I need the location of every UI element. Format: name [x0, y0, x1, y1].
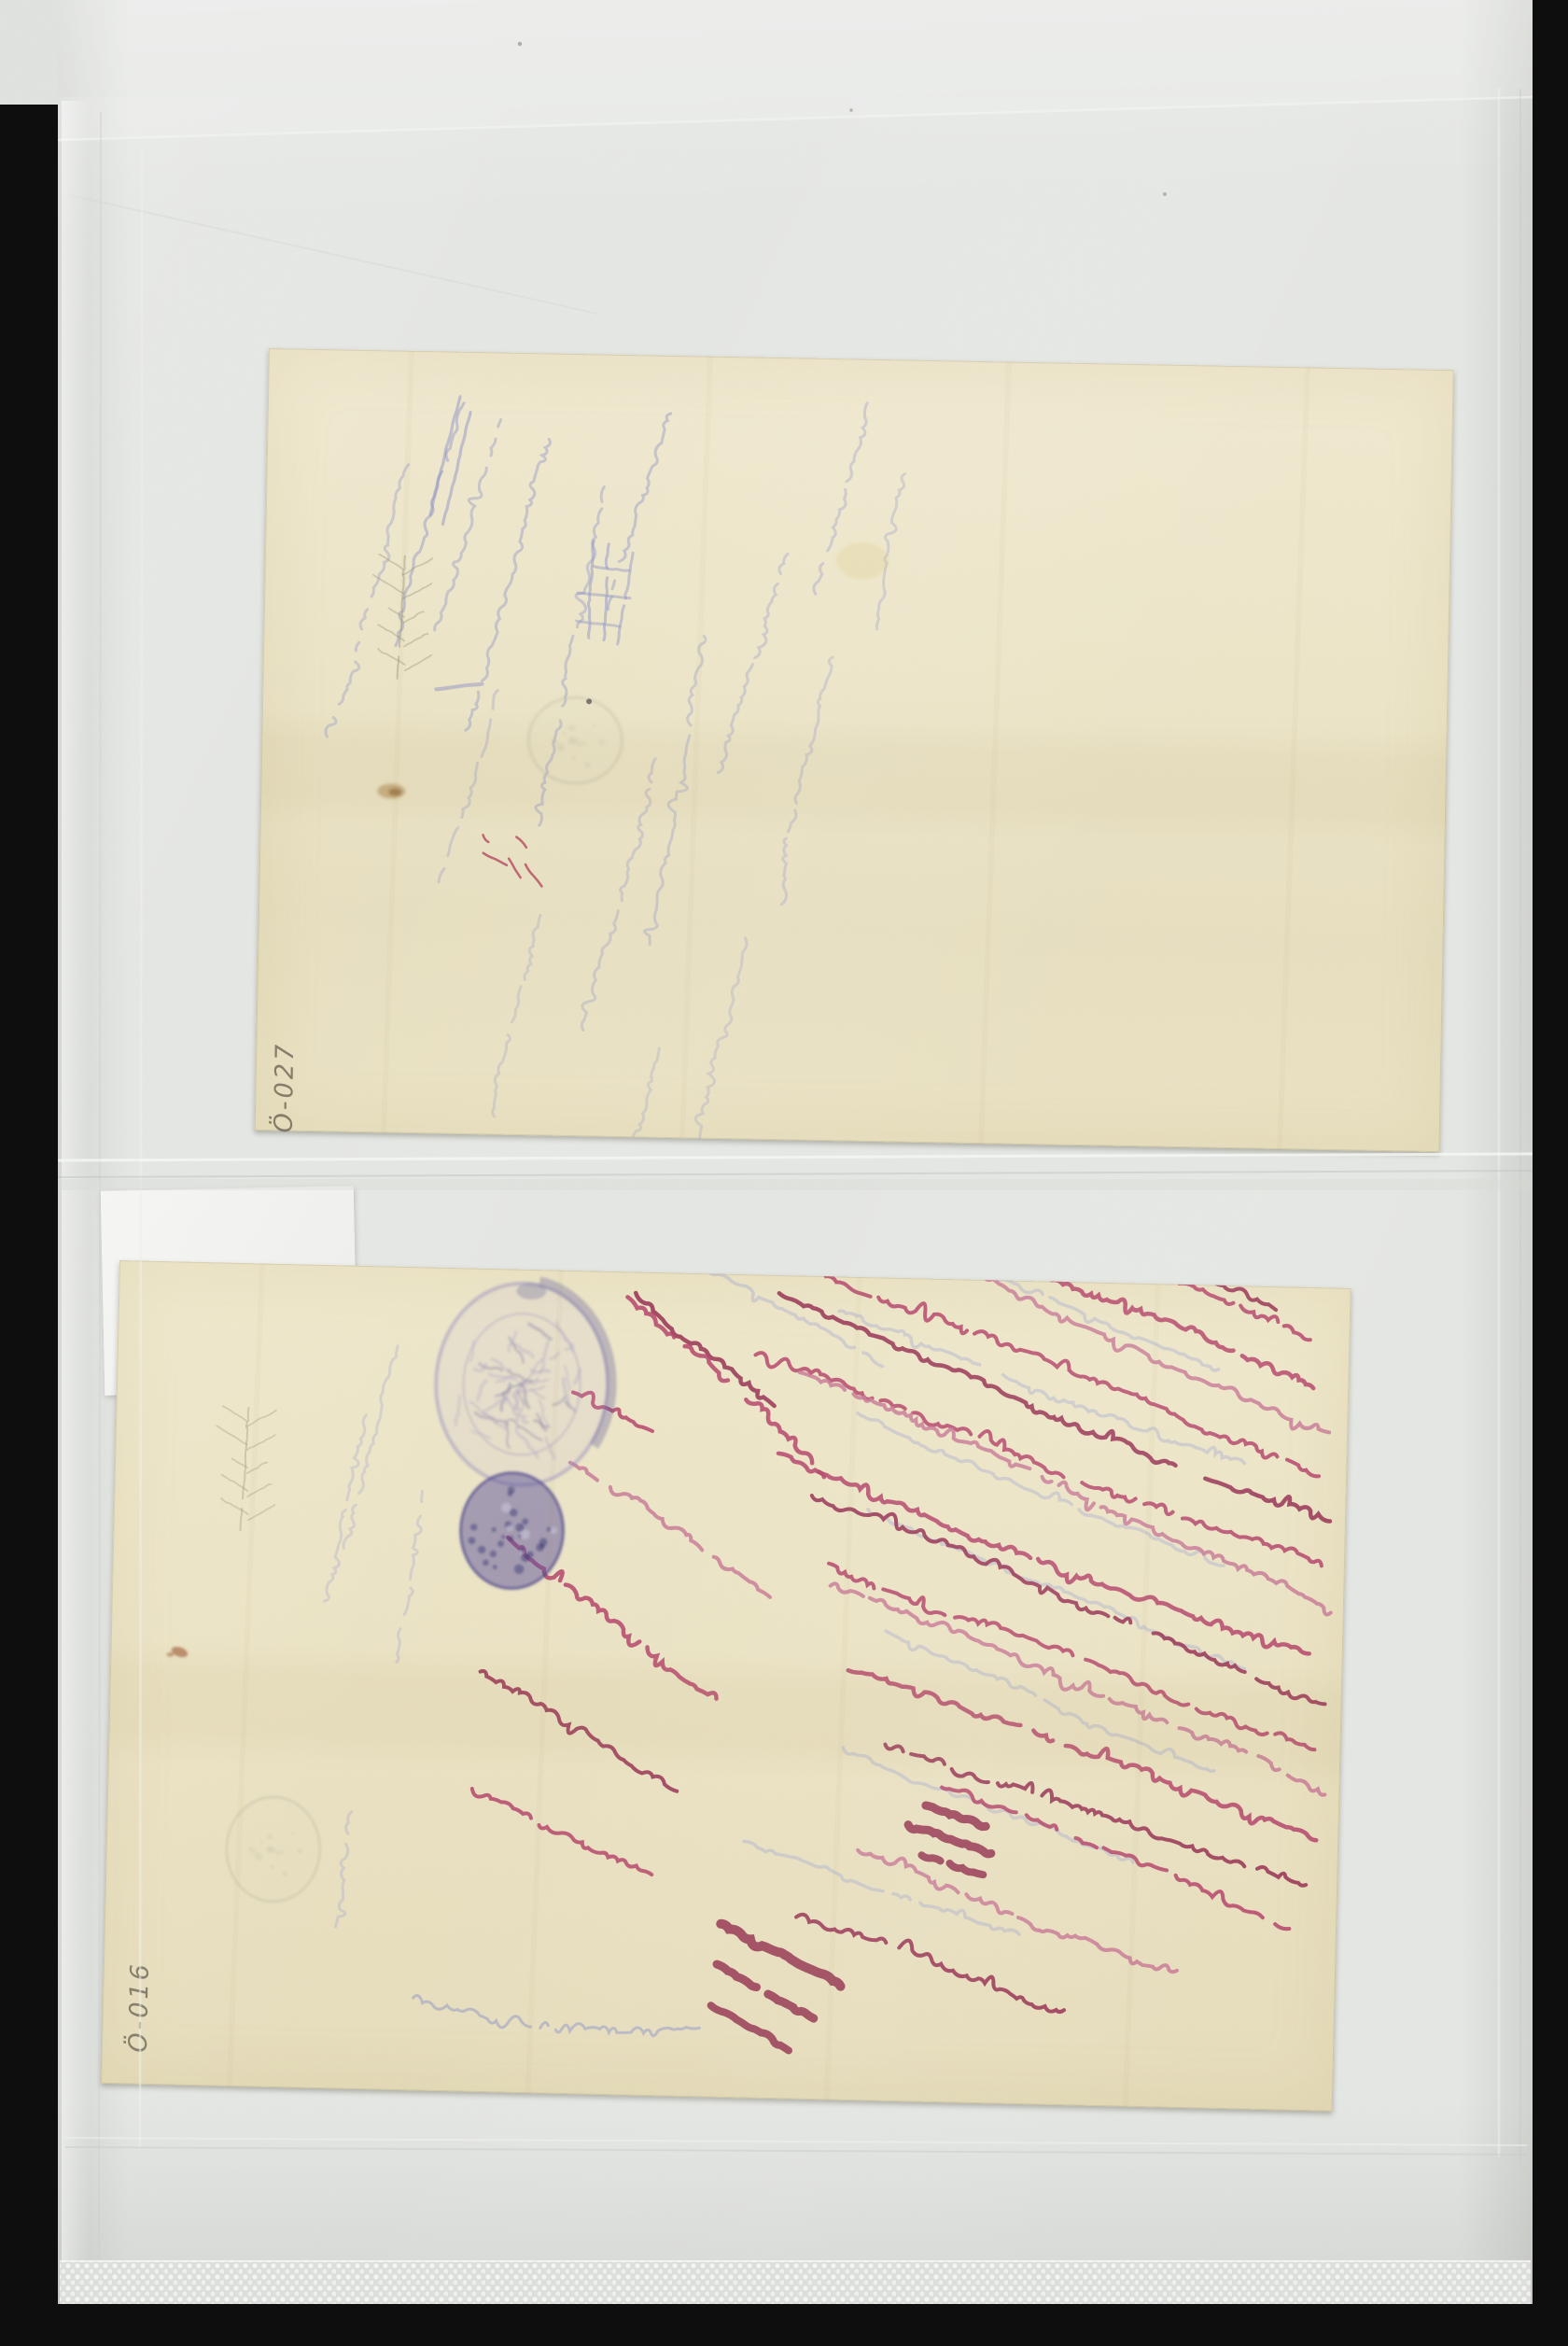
document-bottom-ink-layer [101, 1260, 1351, 2112]
photo-of-album-page: Ö-027 Ö-016 [0, 0, 1568, 2346]
catalog-number-bottom: Ö-016 [124, 1961, 155, 2053]
document-bottom: Ö-016 [101, 1260, 1351, 2112]
album-page-corner [0, 0, 58, 105]
document-top-ink-layer [255, 348, 1454, 1152]
catalog-number-top: Ö-027 [270, 1042, 301, 1133]
document-top: Ö-027 [255, 348, 1454, 1152]
